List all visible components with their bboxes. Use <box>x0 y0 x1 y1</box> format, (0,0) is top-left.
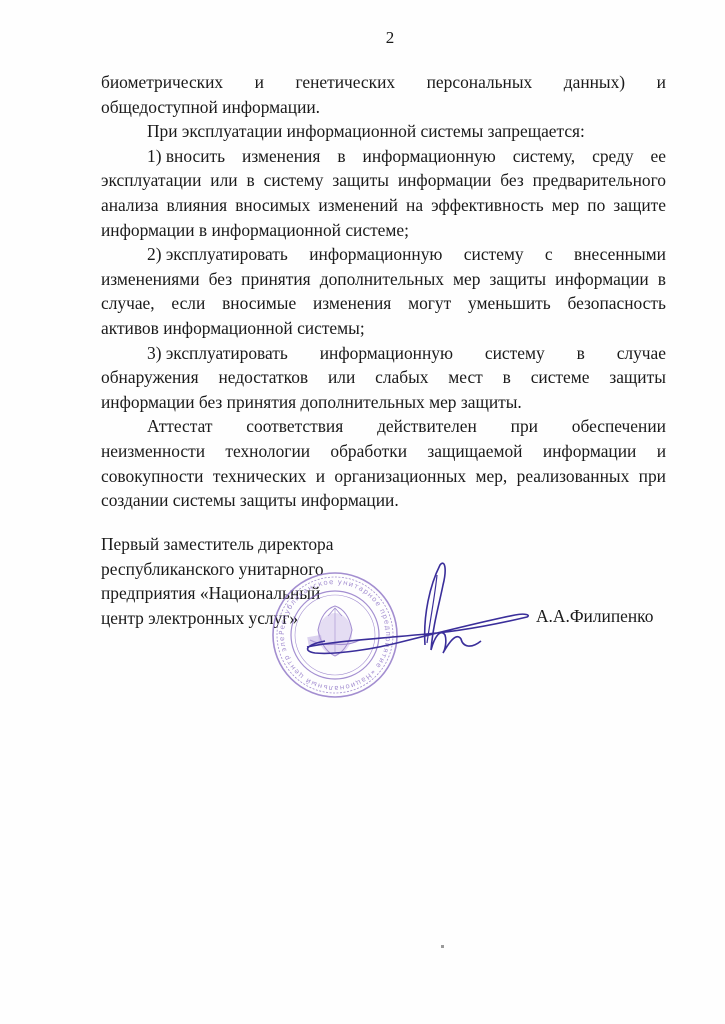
text-line: 2) эксплуатировать информационную систем… <box>101 242 666 267</box>
word: Аттестат <box>147 414 212 439</box>
text-line: активов информационной системы; <box>101 316 666 341</box>
word: слабых <box>375 365 428 390</box>
text-line: обнаружения недостатков или слабых мест … <box>101 365 666 390</box>
paragraph-item-1: 1) вносить изменения в информационную си… <box>101 144 666 242</box>
word: если <box>171 291 205 316</box>
text-line: анализа влияния вносимых изменений на эф… <box>101 193 666 218</box>
word: вносимые <box>222 291 296 316</box>
word: случае <box>617 341 666 366</box>
word: 1) вносить <box>147 144 225 169</box>
text-line: совокупности технических и организационн… <box>101 464 666 489</box>
word: случае, <box>101 291 155 316</box>
word: обработки <box>330 439 407 464</box>
word: технологии <box>225 439 310 464</box>
word: ее <box>651 144 666 169</box>
word: данных) <box>564 70 625 95</box>
text-line: случае, если вносимые изменения могут ум… <box>101 291 666 316</box>
word: обнаружения <box>101 365 199 390</box>
word: или <box>328 365 355 390</box>
word: системе <box>531 365 590 390</box>
paragraph-item-3: 3) эксплуатировать информационную систем… <box>101 341 666 415</box>
document-page: 2 биометрических и генетических персонал… <box>0 0 725 1024</box>
word: персональных <box>427 70 533 95</box>
word: защищаемой <box>427 439 522 464</box>
text-line: информации без принятия дополнительных м… <box>101 390 666 415</box>
word: защиты <box>609 365 666 390</box>
word: информационную <box>309 242 442 267</box>
word: обеспечении <box>572 414 666 439</box>
word: неизменности <box>101 439 205 464</box>
word: мест <box>448 365 482 390</box>
paragraph-continuation: биометрических и генетических персональн… <box>101 70 666 119</box>
word: при <box>511 414 538 439</box>
text-line: общедоступной информации. <box>101 95 666 120</box>
word: информации <box>543 439 637 464</box>
word: действителен <box>377 414 477 439</box>
text-line: 1) вносить изменения в информационную си… <box>101 144 666 169</box>
word: 2) эксплуатировать <box>147 242 288 267</box>
word: уменьшить <box>468 291 551 316</box>
word: 3) эксплуатировать <box>147 341 288 366</box>
word: и <box>255 70 264 95</box>
text-line: биометрических и генетических персональн… <box>101 70 666 95</box>
signer-title-line: Первый заместитель директора <box>101 532 333 557</box>
word: систему <box>464 242 524 267</box>
word: с <box>545 242 553 267</box>
text-line: эксплуатации или в систему защиты информ… <box>101 168 666 193</box>
word: и <box>657 439 666 464</box>
word: изменения <box>242 144 320 169</box>
text-line: Аттестат соответствия действителен при о… <box>101 414 666 439</box>
word: внесенными <box>574 242 666 267</box>
handwritten-signature-icon <box>295 555 540 670</box>
word: среду <box>592 144 633 169</box>
word: информационную <box>320 341 453 366</box>
text-line: изменениями без принятия дополнительных … <box>101 267 666 292</box>
paragraph-item-2: 2) эксплуатировать информационную систем… <box>101 242 666 340</box>
word: в <box>337 144 345 169</box>
word: и <box>657 70 666 95</box>
word: могут <box>408 291 451 316</box>
paragraph-attestation: Аттестат соответствия действителен при о… <box>101 414 666 512</box>
word: безопасность <box>567 291 665 316</box>
text-line: неизменности технологии обработки защища… <box>101 439 666 464</box>
word: недостатков <box>218 365 308 390</box>
word: систему <box>485 341 545 366</box>
page-number: 2 <box>0 28 725 48</box>
document-body: биометрических и генетических персональн… <box>101 70 666 513</box>
text-line: создании системы защиты информации. <box>101 488 666 513</box>
scan-artifact <box>441 945 444 948</box>
word: информационную <box>363 144 496 169</box>
word: соответствия <box>246 414 343 439</box>
text-line: информации в информационной системе; <box>101 218 666 243</box>
word: изменения <box>313 291 391 316</box>
paragraph-prohibited-intro: При эксплуатации информационной системы … <box>101 119 666 144</box>
word: биометрических <box>101 70 223 95</box>
text-line: 3) эксплуатировать информационную систем… <box>101 341 666 366</box>
signer-name: А.А.Филипенко <box>536 606 653 627</box>
word: систему, <box>513 144 575 169</box>
word: генетических <box>295 70 395 95</box>
word: в <box>577 341 585 366</box>
word: в <box>503 365 511 390</box>
